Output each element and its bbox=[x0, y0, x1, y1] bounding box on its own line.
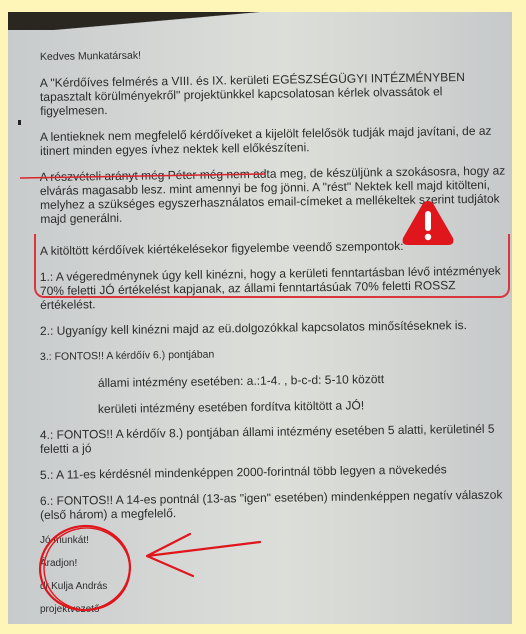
red-underline-mark bbox=[20, 173, 265, 179]
intro-paragraph: A "Kérdőíves felmérés a VIII. és IX. ker… bbox=[40, 69, 513, 118]
criteria-item-5: 5.: A 11-es kérdésnél mindenképpen 2000-… bbox=[40, 461, 512, 482]
red-arrow-mark bbox=[145, 530, 265, 580]
paragraph-correction: A lentieknek nem megfelelő kérdőíveket a… bbox=[40, 123, 512, 158]
criteria-item-3a: állami intézmény esetében: a.:1-4. , b-c… bbox=[98, 370, 512, 390]
criteria-item-3: 3.: FONTOS!! A kérdőív 6.) pontjában bbox=[40, 343, 512, 364]
criteria-item-6: 6.: FONTOS!! A 14-es pontnál (13-as "ige… bbox=[40, 487, 512, 522]
criteria-item-2: 2.: Ugyanígy kell kinézni majd az eü.dol… bbox=[40, 317, 512, 338]
red-circle-mark bbox=[35, 522, 140, 614]
criteria-item-3b: kerületi intézmény esetében fordítva kit… bbox=[98, 396, 512, 416]
criteria-item-4: 4.: FONTOS!! A kérdőív 8.) pontjában áll… bbox=[40, 421, 512, 456]
cursor-mark bbox=[18, 120, 21, 125]
warning-icon bbox=[400, 198, 456, 248]
